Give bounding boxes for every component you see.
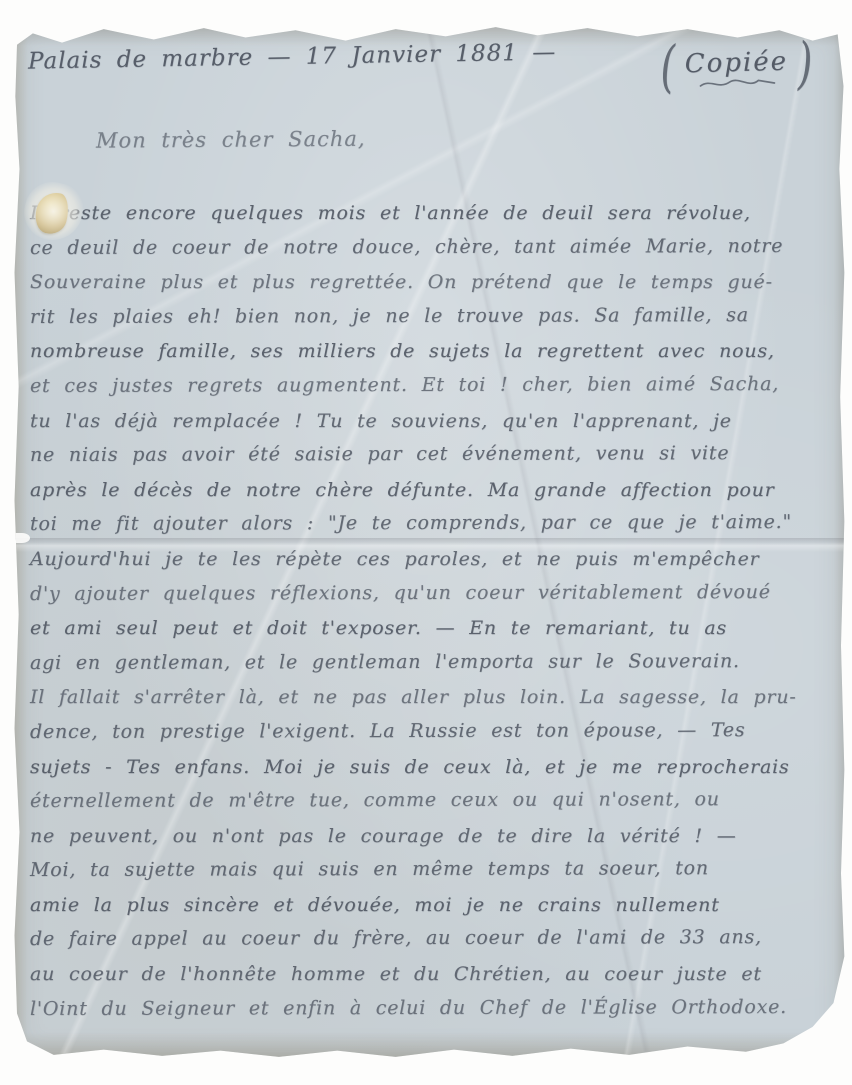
letter-header: Palais de marbre — 17 Janvier 1881 — ( C… [12,24,846,96]
scan-background: Palais de marbre — 17 Janvier 1881 — ( C… [0,0,852,1085]
body-line: Souveraine plus et plus regrettée. On pr… [30,265,832,300]
body-line: après le décès de notre chère défunte. M… [30,473,832,508]
body-line: Moi, ta sujette mais qui suis en même te… [30,851,832,888]
letter-body: Il reste encore quelques mois et l'année… [30,196,832,1026]
body-line: Il fallait s'arrêter là, et ne pas aller… [30,680,832,715]
place-date-line: Palais de marbre — 17 Janvier 1881 — [28,39,557,74]
close-paren: ) [797,34,814,94]
body-line: d'y ajouter quelques réflexions, qu'un c… [30,574,832,611]
body-line: éternellement de m'être tue, comme ceux … [30,782,832,819]
body-line: Il reste encore quelques mois et l'année… [30,196,832,231]
body-line: rit les plaies eh! bien non, je ne le tr… [30,298,832,335]
body-line: et ami seul peut et doit t'exposer. — En… [30,611,832,646]
salutation: Mon très cher Sacha, [96,123,846,152]
body-line: de faire appel au coeur du frère, au coe… [30,920,832,957]
body-line: ne peuvent, ou n'ont pas le courage de t… [30,819,832,854]
copy-annotation: ( Copiée ) [656,34,817,98]
underline-flourish-icon [698,75,776,91]
copy-annotation-center: Copiée [678,46,794,91]
body-line: toi me fit ajouter alors : "Je te compre… [30,505,832,542]
body-line: dence, ton prestige l'exigent. La Russie… [30,713,832,750]
open-paren: ( [660,38,677,98]
body-line: au coeur de l'honnête homme et du Chréti… [30,957,832,992]
body-line: nombreuse famille, ses milliers de sujet… [30,334,832,369]
body-line: amie la plus sincère et dévouée, moi je … [30,888,832,923]
body-line: tu l'as déjà remplacée ! Tu te souviens,… [30,404,832,439]
letter-sheet: Palais de marbre — 17 Janvier 1881 — ( C… [12,24,846,1060]
body-line: ne niais pas avoir été saisie par cet év… [30,436,832,473]
body-line: ce deuil de coeur de notre douce, chère,… [30,228,832,265]
body-line: agi en gentleman, et le gentleman l'empo… [30,644,832,681]
body-line: Aujourd'hui je te les répète ces paroles… [30,542,832,577]
body-line: et ces justes regrets augmentent. Et toi… [30,367,832,404]
body-line: l'Oint du Seigneur et enfin à celui du C… [30,990,832,1027]
body-line: sujets - Tes enfans. Moi je suis de ceux… [30,750,832,785]
